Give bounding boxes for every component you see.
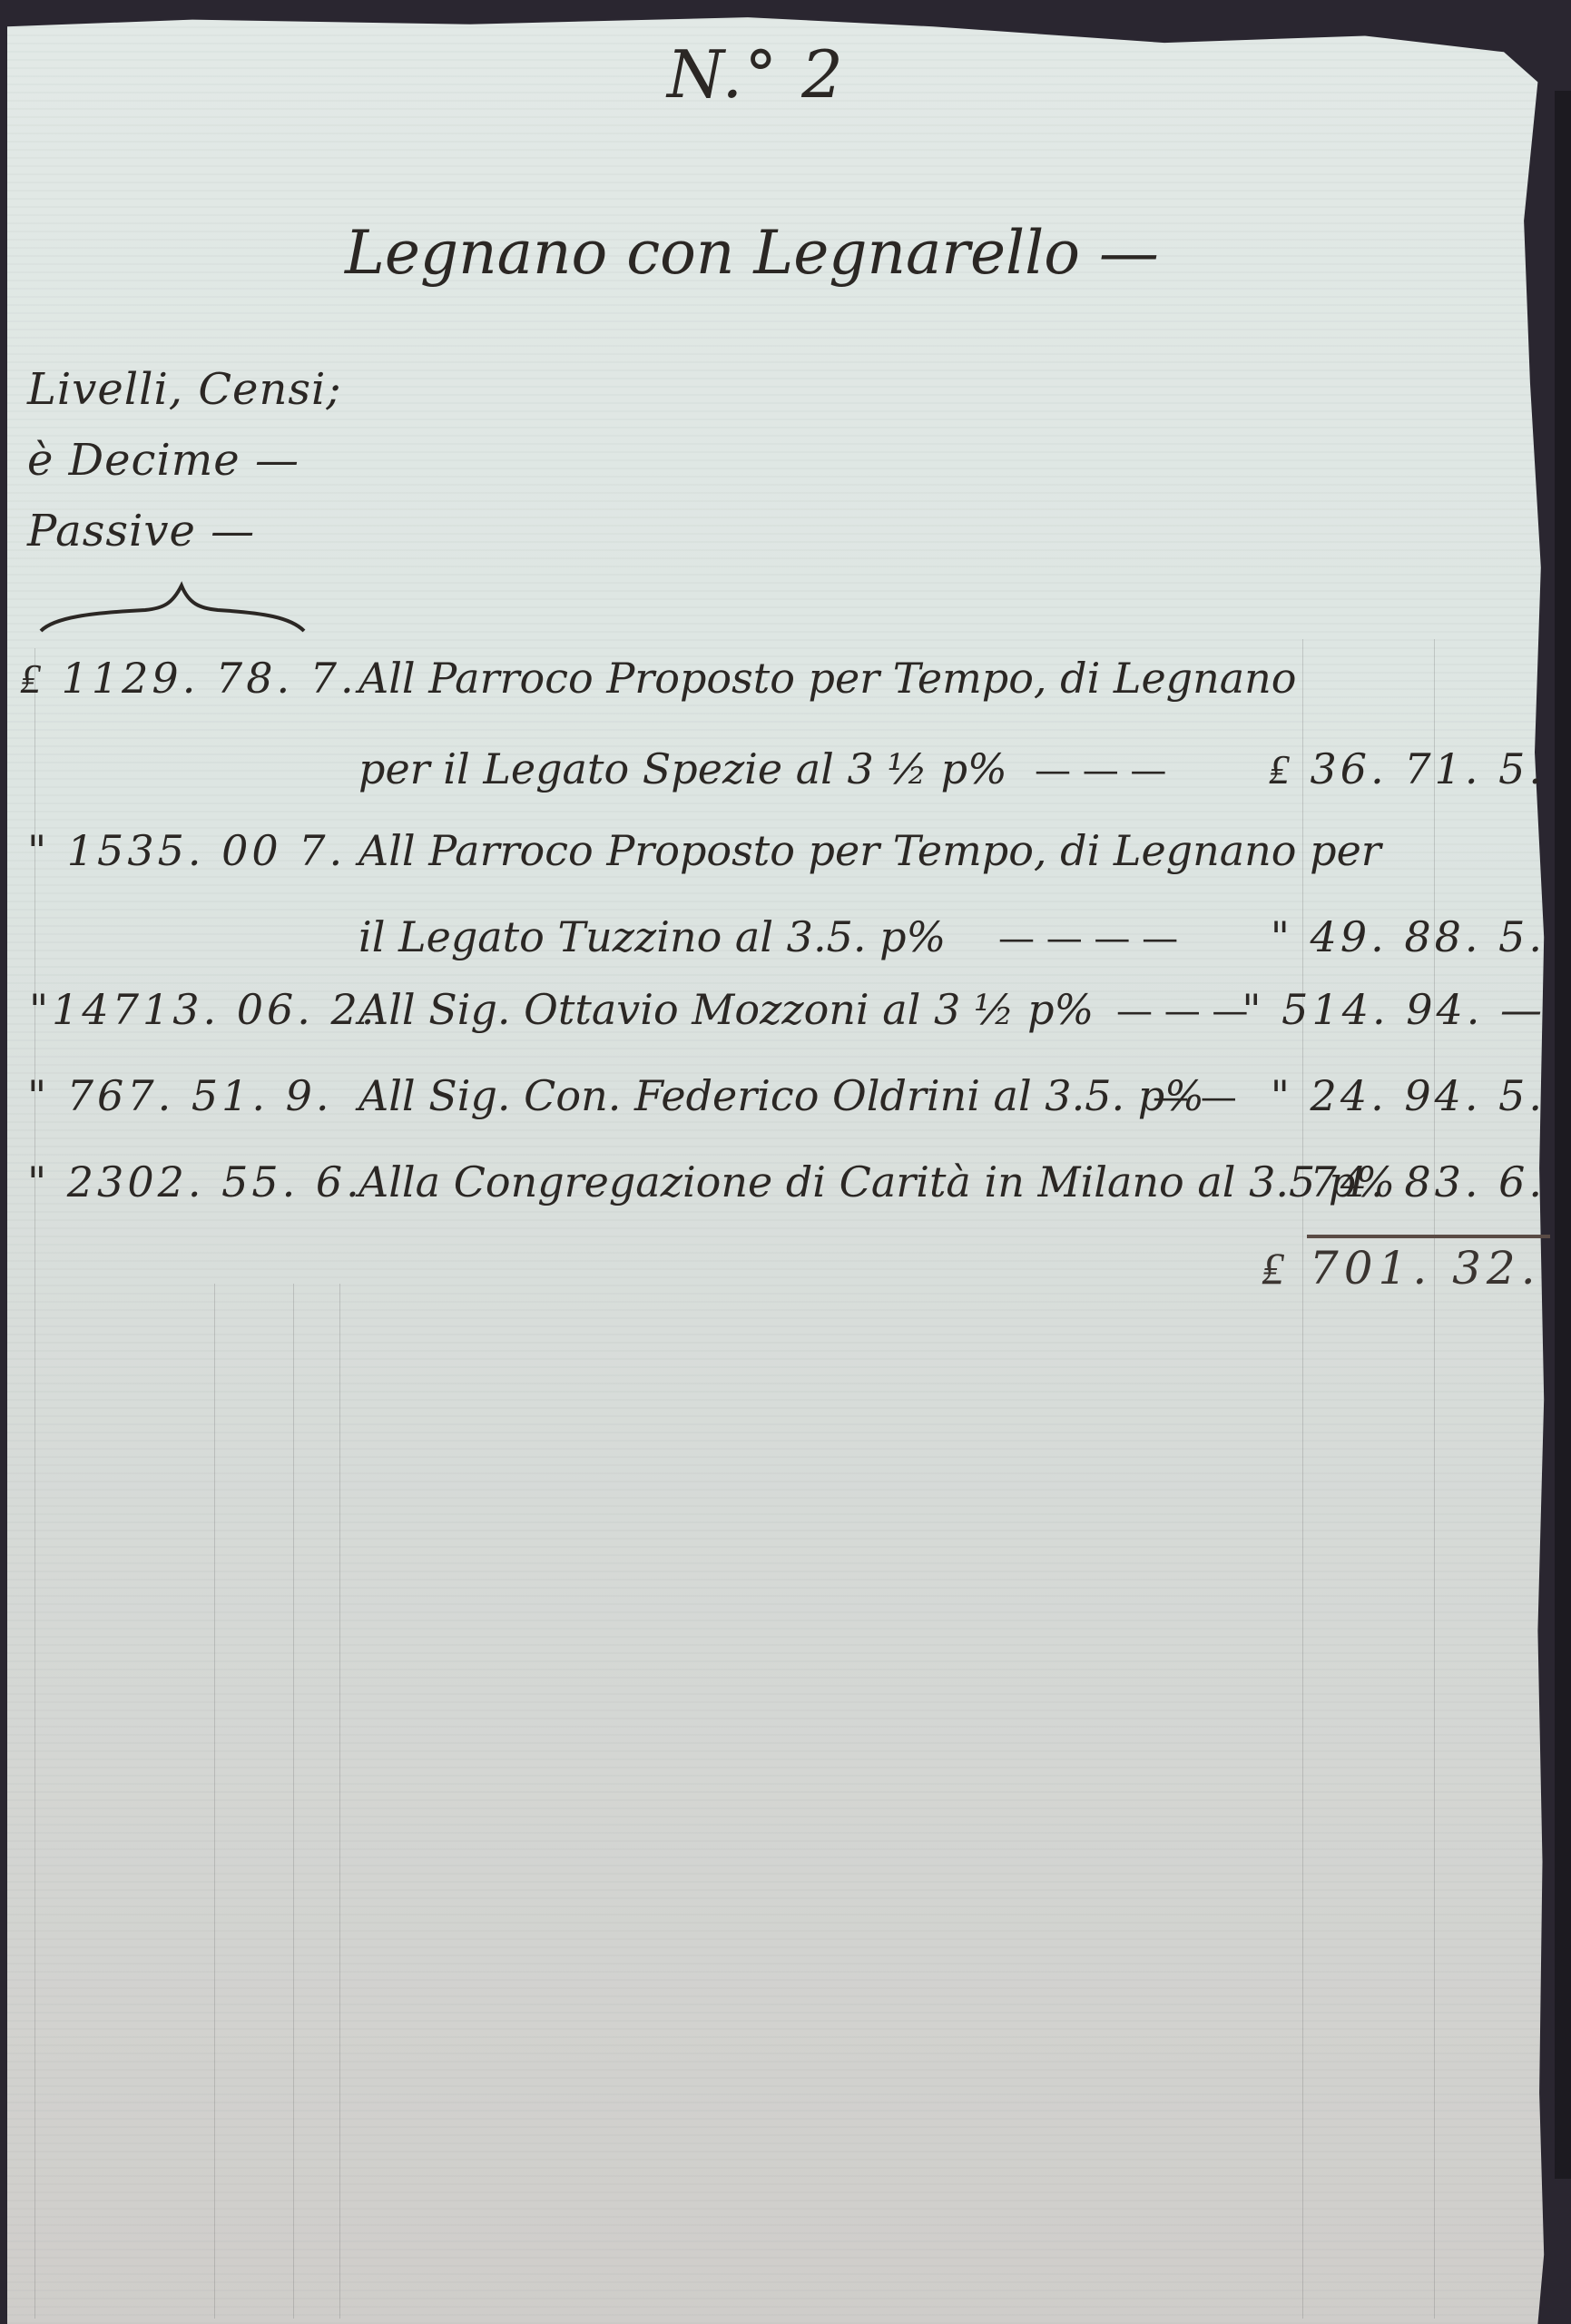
total-rule <box>1307 1235 1550 1238</box>
interest-amount: " 24. 94. 5. <box>1271 1071 1546 1120</box>
entry-description: Alla Congregazione di Carità in Milano a… <box>358 1157 1395 1206</box>
capital-amount: ₤ 1129. 78. 7. <box>20 654 358 703</box>
capital-amount: " 2302. 55. 6. <box>27 1157 363 1206</box>
interest-amount: " 49. 88. 5. <box>1271 912 1546 961</box>
capital-amount: " 1535. 00 7. <box>27 826 346 875</box>
ledger-entry-continuation: il Legato Tuzzino al 3.5. p% — — — — " 4… <box>0 912 1571 985</box>
ledger-entry: "14713. 06. 2. All Sig. Ottavio Mozzoni … <box>0 985 1571 1058</box>
ledger-entry: " 1535. 00 7. All Parroco Proposto per T… <box>0 826 1571 899</box>
ledger-entry: " 2302. 55. 6. Alla Congregazione di Car… <box>0 1157 1571 1230</box>
entry-description: All Sig. Ottavio Mozzoni al 3 ½ p% <box>358 985 1094 1034</box>
document-scan: N.° 2 Legnano con Legnarello — Livelli, … <box>0 0 1571 2324</box>
margin-rule <box>293 1284 294 2319</box>
total-amount: ₤ 701. 32. 1 <box>1262 1242 1571 1295</box>
margin-rule <box>34 648 35 2319</box>
leader-dashes: — — — <box>1116 990 1248 1032</box>
capital-amount: " 767. 51. 9. <box>27 1071 333 1120</box>
interest-amount: 74. 83. 6. <box>1311 1157 1546 1206</box>
leader-dashes: — — — <box>1035 750 1166 792</box>
entry-description: All Parroco Proposto per Tempo, di Legna… <box>358 826 1381 875</box>
entry-description: All Sig. Con. Federico Oldrini al 3.5. p… <box>358 1071 1204 1120</box>
margin-heading: Livelli, Censi; è Decime — Passive — <box>27 354 342 566</box>
interest-amount: " 514. 94. — <box>1242 985 1546 1034</box>
entry-description: per il Legato Spezie al 3 ½ p% <box>358 744 1007 793</box>
margin-rule <box>339 1284 340 2319</box>
entry-description: All Parroco Proposto per Tempo, di Legna… <box>358 654 1297 703</box>
ledger-entry-continuation: per il Legato Spezie al 3 ½ p% — — — ₤ 3… <box>0 744 1571 817</box>
page-title: Legnano con Legnarello — <box>345 218 1159 288</box>
entry-description: il Legato Tuzzino al 3.5. p% <box>358 912 946 961</box>
scan-background-edge <box>1555 91 1571 2179</box>
curly-brace-icon <box>36 581 309 635</box>
folio-number: N.° 2 <box>667 36 845 113</box>
ledger-entry: " 767. 51. 9. All Sig. Con. Federico Old… <box>0 1071 1571 1144</box>
margin-rule <box>214 1284 215 2319</box>
ledger-entry: ₤ 1129. 78. 7. All Parroco Proposto per … <box>0 654 1571 726</box>
interest-amount: ₤ 36. 71. 5. <box>1269 744 1546 793</box>
capital-amount: "14713. 06. 2. <box>29 985 378 1034</box>
leader-dashes: — — <box>1153 1077 1237 1118</box>
leader-dashes: — — — — <box>998 918 1178 960</box>
